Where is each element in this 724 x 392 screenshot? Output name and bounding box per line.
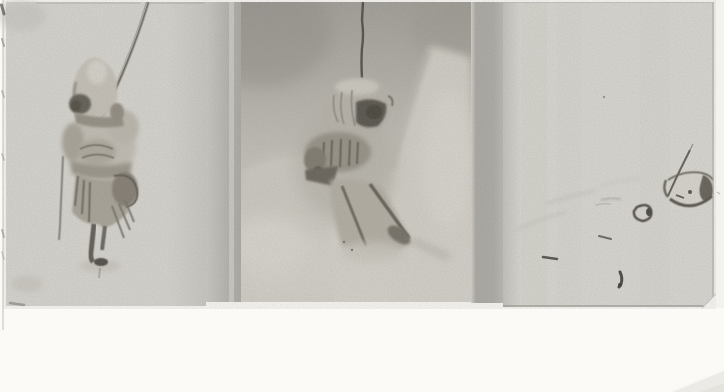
scanned-page: [0, 0, 724, 392]
halftone-grain: [3, 0, 716, 309]
scanned-illustration-triptych: [0, 0, 724, 392]
artwork-plate: [0, 0, 720, 309]
